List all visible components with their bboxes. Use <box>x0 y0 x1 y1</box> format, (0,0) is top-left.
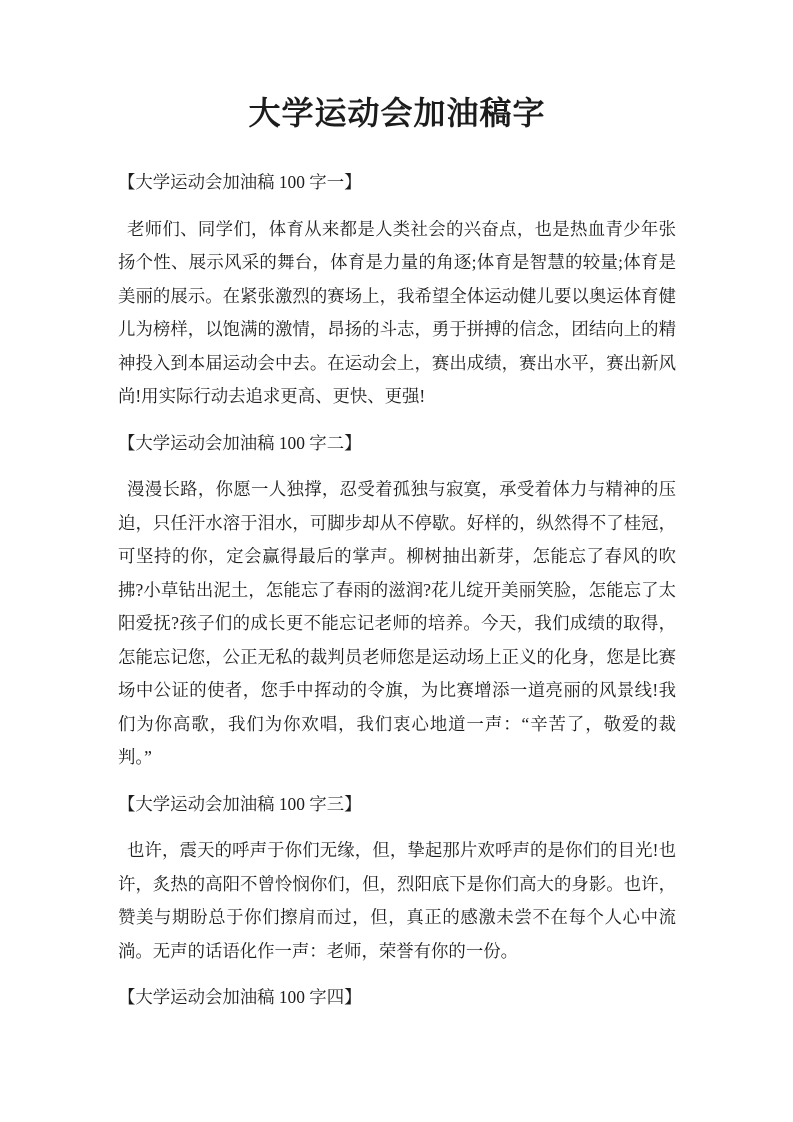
document-page: 大学运动会加油稿字 【大学运动会加油稿 100 字一】 老师们、同学们，体育从来… <box>0 0 793 1122</box>
section-two: 【大学运动会加油稿 100 字二】 漫漫长路，你愿一人独撑，忍受着孤独与寂寞，承… <box>118 427 676 775</box>
section-two-heading: 【大学运动会加油稿 100 字二】 <box>118 427 676 461</box>
section-four: 【大学运动会加油稿 100 字四】 <box>118 981 676 1015</box>
section-four-heading: 【大学运动会加油稿 100 字四】 <box>118 981 676 1015</box>
section-three-heading: 【大学运动会加油稿 100 字三】 <box>118 788 676 822</box>
section-one: 【大学运动会加油稿 100 字一】 老师们、同学们，体育从来都是人类社会的兴奋点… <box>118 166 676 414</box>
section-one-heading: 【大学运动会加油稿 100 字一】 <box>118 166 676 200</box>
document-title: 大学运动会加油稿字 <box>118 90 676 137</box>
section-three-paragraph: 也许，震天的呼声于你们无缘，但，挚起那片欢呼声的是你们的目光!也许，炙热的高阳不… <box>118 834 676 968</box>
section-three: 【大学运动会加油稿 100 字三】 也许，震天的呼声于你们无缘，但，挚起那片欢呼… <box>118 788 676 969</box>
section-two-paragraph: 漫漫长路，你愿一人独撑，忍受着孤独与寂寞，承受着体力与精神的压迫，只任汗水溶于泪… <box>118 473 676 775</box>
section-one-paragraph: 老师们、同学们，体育从来都是人类社会的兴奋点，也是热血青少年张扬个性、展示风采的… <box>118 213 676 414</box>
